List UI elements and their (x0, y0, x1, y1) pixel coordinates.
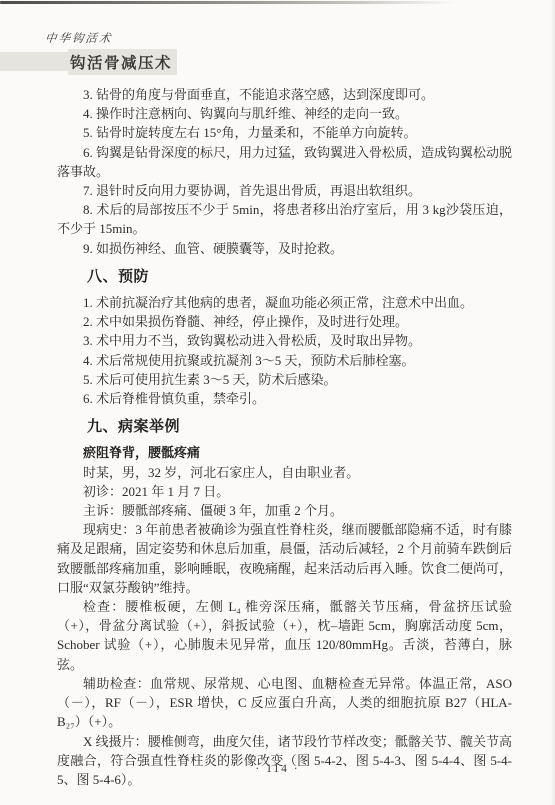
book-page: 中华钩活术 钩活骨减压术 3. 钻骨的角度与骨面垂直，不能追求落空感，达到深度即… (0, 0, 555, 805)
page-number: · 114 · (0, 763, 555, 775)
list-item: 4. 术后常规使用抗聚或抗凝剂 3～5 天，预防术后肺栓塞。 (57, 351, 512, 370)
paragraph: 检查：腰椎板硬，左侧 L₄ 椎旁深压痛，骶髂关节压痛，骨盆挤压试验（+），骨盆分… (57, 597, 512, 674)
list-item: 9. 如损伤神经、血管、硬膜囊等，及时抢救。 (57, 239, 512, 258)
section-heading-prevention: 八、预防 (87, 267, 512, 286)
list-item: 8. 术后的局部按压不少于 5min，将患者移出治疗室后，用 3 kg沙袋压迫，… (57, 200, 512, 238)
list-item: 6. 钩翼是钻骨深度的标尺，用力过猛，致钩翼进入骨松质，造成钩翼松动脱落事故。 (57, 143, 512, 181)
case-title: 瘀阻脊背，腰骶疼痛 (83, 443, 512, 462)
paragraph: X 线摄片：腰椎侧弯，曲度欠佳，诸节段竹节样改变；骶髂关节、髋关节高度融合，符合… (57, 732, 512, 790)
paragraph: 现病史：3 年前患者被确诊为强直性脊柱炎，继而腰骶部隐痛不适，时有膝痛及足跟痛，… (57, 520, 512, 597)
paragraph: 时某，男，32 岁，河北石家庄人，自由职业者。 (57, 463, 512, 482)
paragraph: 初诊：2021 年 1 月 7 日。 (57, 482, 512, 501)
list-item: 2. 术中如果损伤脊髓、神经，停止操作，及时进行处理。 (57, 312, 512, 331)
section-heading-cases: 九、病案举例 (87, 417, 512, 436)
paragraph: 主诉：腰骶部疼痛、僵硬 3 年，加重 2 个月。 (57, 501, 512, 520)
page-body: 3. 钻骨的角度与骨面垂直，不能追求落空感，达到深度即可。 4. 操作时注意柄向… (57, 85, 512, 789)
list-item: 3. 钻骨的角度与骨面垂直，不能追求落空感，达到深度即可。 (57, 85, 512, 104)
scan-edge-artifact (0, 1, 555, 4)
list-item: 7. 退针时反向用力要协调，首先退出骨质，再退出软组织。 (57, 181, 512, 200)
paragraph: 辅助检查：血常规、尿常规、心电图、血糖检查无异常。体温正常，ASO（－），RF（… (57, 674, 512, 732)
running-header-series-title: 中华钩活术 (44, 30, 113, 46)
list-item: 6. 术后脊椎骨慎负重，禁牵引。 (57, 389, 512, 408)
list-item: 5. 钻骨时旋转度左右 15°角，力量柔和，不能单方向旋转。 (57, 123, 512, 142)
list-item: 5. 术后可使用抗生素 3～5 天，防术后感染。 (57, 370, 512, 389)
chapter-title: 钩活骨减压术 (68, 49, 177, 75)
scan-edge-artifact-right (551, 0, 555, 805)
list-item: 3. 术中用力不当，致钩翼松动进入骨松质，及时取出异物。 (57, 331, 512, 350)
list-item: 4. 操作时注意柄向、钩翼向与肌纤维、神经的走向一致。 (57, 104, 512, 123)
list-item: 1. 术前抗凝治疗其他病的患者，凝血功能必须正常，注意术中出血。 (57, 293, 512, 312)
